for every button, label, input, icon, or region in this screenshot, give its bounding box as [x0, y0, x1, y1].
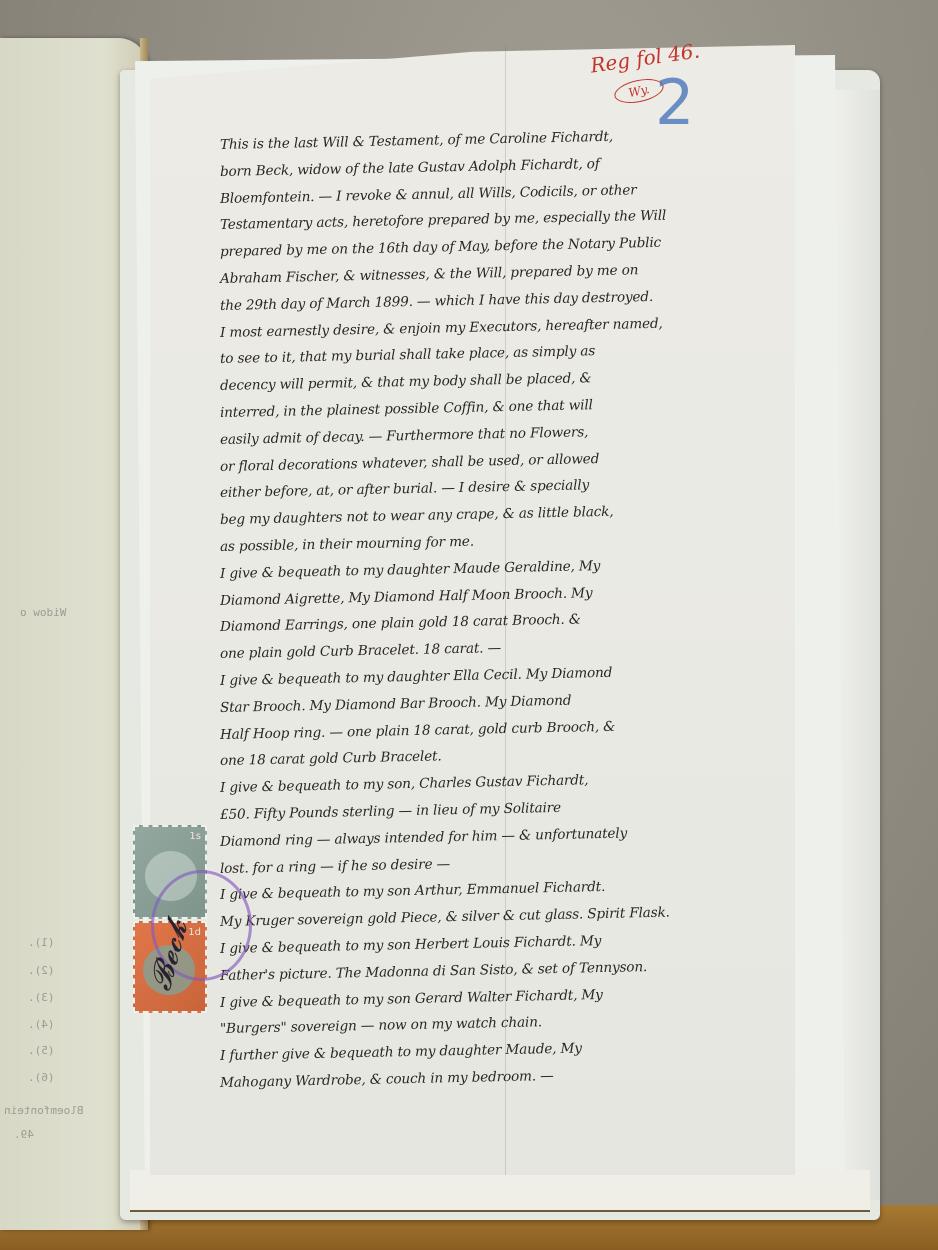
mirrored-text: (4). — [28, 1018, 55, 1031]
handwritten-will-text: This is the last Will & Testament, of me… — [220, 132, 810, 1097]
mirrored-text: (2). — [28, 964, 55, 977]
mirrored-text: (1). — [28, 936, 55, 949]
mirrored-text: Widow o — [20, 606, 66, 619]
mirrored-text: (6). — [28, 1071, 55, 1084]
stamp-value: 1s — [189, 831, 201, 842]
mirrored-text: (5). — [28, 1044, 55, 1057]
frayed-bottom-edge — [130, 1170, 870, 1212]
mirrored-text: Bloemfontein — [4, 1104, 83, 1117]
mirrored-text: (3). — [28, 991, 55, 1004]
mirrored-text: 49. — [14, 1128, 34, 1141]
revenue-stamps: 1s 1d 𝓑𝓮𝓬𝓴 — [133, 825, 207, 1013]
